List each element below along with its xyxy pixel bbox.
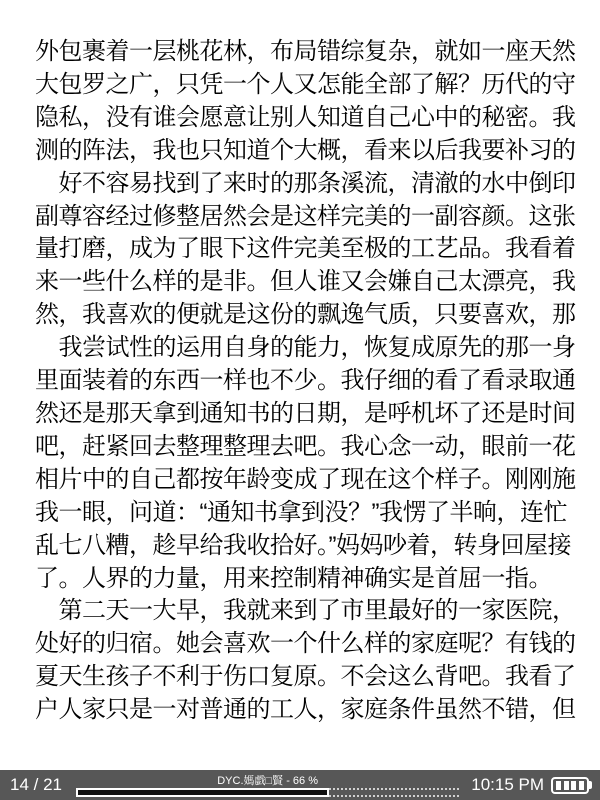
text-line: 我一眼，问道：“通知书拿到没？”我愣了半晌，连忙 <box>35 497 600 530</box>
text-line: 副尊容经过修整居然会是这样完美的一副容颜。这张 <box>35 201 600 234</box>
text-line: 然还是那天拿到通知书的日期，是呼机坏了还是时间 <box>35 398 600 431</box>
status-bar: 14 / 21 DYC.媽戯□賢 - 66 % 10:15 PM <box>0 770 600 800</box>
progress-fill <box>76 788 329 797</box>
progress-remaining <box>329 788 459 797</box>
battery-body <box>551 777 589 794</box>
battery-segment <box>556 781 561 790</box>
text-line: 乱七八糟，趁早给我收拾好。”妈妈吵着，转身回屋接 <box>35 530 600 563</box>
text-line: 里面装着的东西一样也不少。我仔细的看了看录取通 <box>35 365 600 398</box>
text-line: 夏天生孩子不利于伤口复原。不会这么背吧。我看了 <box>35 661 600 694</box>
clock: 10:15 PM <box>471 775 544 795</box>
page-indicator: 14 / 21 <box>10 775 62 795</box>
text-line: 相片中的自己都按年龄变成了现在这个样子。刚刚施 <box>35 464 600 497</box>
battery-icon <box>551 777 592 794</box>
text-line: 测的阵法，我也只知道个大概，看来以后我要补习的 <box>35 135 600 168</box>
text-line: 我尝试性的运用自身的能力，恢复成原先的那一身 <box>35 332 600 365</box>
battery-segment <box>579 781 584 790</box>
text-line: 大包罗之广，只凭一个人又怎能全部了解？历代的守 <box>35 69 600 102</box>
battery-nub <box>589 781 592 789</box>
text-line: 量打磨，成为了眼下这件完美至极的工艺品。我看着 <box>35 233 600 266</box>
footer-right: 10:15 PM <box>471 775 592 795</box>
book-text[interactable]: 外包裹着一层桃花林，布局错综复杂，就如一座天然大包罗之广，只凭一个人又怎能全部了… <box>0 36 600 727</box>
progress-bar[interactable] <box>76 788 459 797</box>
book-title: DYC.媽戯□賢 - 66 % <box>217 775 318 787</box>
text-line: 吧，赶紧回去整理整理去吧。我心念一动，眼前一花 <box>35 431 600 464</box>
text-line: 处好的归宿。她会喜欢一个什么样的家庭呢？有钱的 <box>35 628 600 661</box>
text-line: 隐私，没有谁会愿意让别人知道自己心中的秘密。我 <box>35 102 600 135</box>
text-line: 第二天一大早，我就来到了市里最好的一家医院， <box>35 595 600 628</box>
text-line: 来一些什么样的是非。但人谁又会嫌自己太漂亮，我 <box>35 266 600 299</box>
text-line: 外包裹着一层桃花林，布局错综复杂，就如一座天然 <box>35 36 600 69</box>
battery-segment <box>564 781 569 790</box>
text-line: 好不容易找到了来时的那条溪流，清澈的水中倒印 <box>35 168 600 201</box>
reader-page: 外包裹着一层桃花林，布局错综复杂，就如一座天然大包罗之广，只凭一个人又怎能全部了… <box>0 0 600 800</box>
battery-segment <box>571 781 576 790</box>
footer-center: DYC.媽戯□賢 - 66 % <box>76 774 459 797</box>
text-line: 了。人界的力量，用来控制精神确实是首屈一指。 <box>35 563 600 596</box>
text-line: 户人家只是一对普通的工人，家庭条件虽然不错，但 <box>35 694 600 727</box>
text-line: 然，我喜欢的便就是这份的飘逸气质，只要喜欢，那 <box>35 299 600 332</box>
